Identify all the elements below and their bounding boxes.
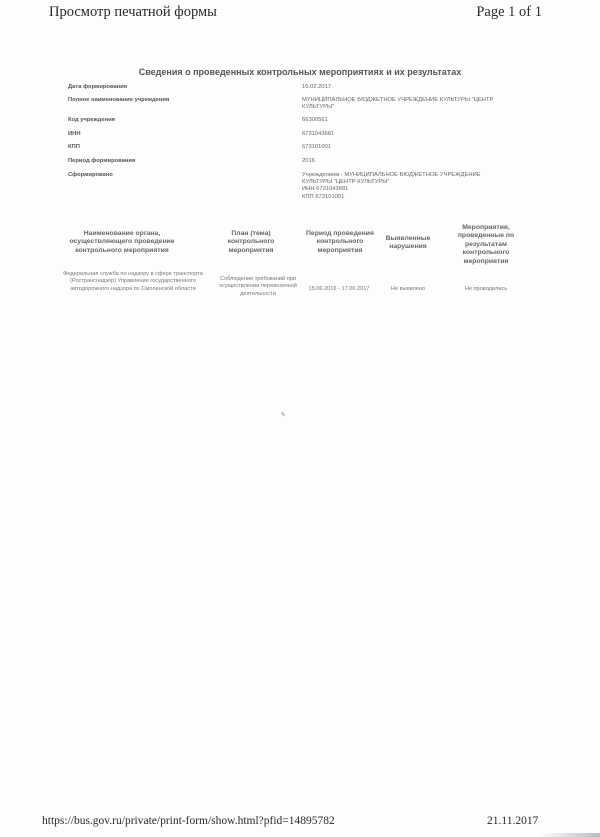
info-label: Период формирования	[68, 158, 135, 164]
formed-by-inn: ИНН 6731043681	[302, 186, 512, 193]
cell-authority: Федеральная служба по надзору в сфере тр…	[60, 271, 206, 293]
print-footer-date: 21.11.2017	[487, 815, 538, 827]
info-value: 673101001	[302, 144, 512, 151]
cell-measures: Не проводились	[447, 286, 525, 293]
info-value: 6731043681	[302, 131, 512, 138]
info-label: Полное наименование учреждения	[68, 97, 169, 103]
scan-artifact	[281, 412, 285, 416]
formed-by-kpp: КПП 673101001	[302, 194, 512, 201]
page-indicator: Page 1 of 1	[476, 4, 542, 21]
info-value: МУНИЦИПАЛЬНОЕ БЮДЖЕТНОЕ УЧРЕЖДЕНИЕ КУЛЬТ…	[302, 97, 512, 111]
cell-violations: Не выявлено	[380, 286, 436, 293]
header-plan: План (тема) контрольного мероприятия	[218, 230, 284, 255]
formed-by-name: Учреждением - МУНИЦИПАЛЬНОЕ БЮДЖЕТНОЕ УЧ…	[302, 172, 512, 186]
info-label: Дата формирования	[68, 84, 127, 90]
header-violations: Выявленные нарушения	[380, 235, 436, 252]
print-footer-url: https://bus.gov.ru/private/print-form/sh…	[42, 815, 335, 827]
document-title: Сведения о проведенных контрольных мероп…	[0, 67, 600, 77]
info-label: ИНН	[68, 131, 81, 137]
info-value: 66300561	[302, 117, 512, 124]
header-measures: Мероприятия, проведенные по результатам …	[447, 224, 525, 266]
header-authority: Наименование органа, осуществляющего про…	[62, 230, 182, 255]
info-value: 2016	[302, 158, 512, 165]
print-header-title: Просмотр печатной формы	[49, 4, 217, 21]
cell-period: 15.06.2016 - 17.06.2017	[300, 286, 378, 293]
header-period: Период проведения контрольного мероприят…	[296, 230, 384, 255]
info-label: Сформировано	[68, 172, 113, 178]
scan-edge-shadow	[540, 833, 600, 837]
info-value: Учреждением - МУНИЦИПАЛЬНОЕ БЮДЖЕТНОЕ УЧ…	[302, 172, 512, 201]
info-value: 16.02.2017	[302, 84, 512, 91]
info-label: КПП	[68, 144, 80, 150]
info-label: Код учреждения	[68, 117, 115, 123]
cell-plan: Соблюдение требований при осуществлении …	[210, 276, 306, 298]
